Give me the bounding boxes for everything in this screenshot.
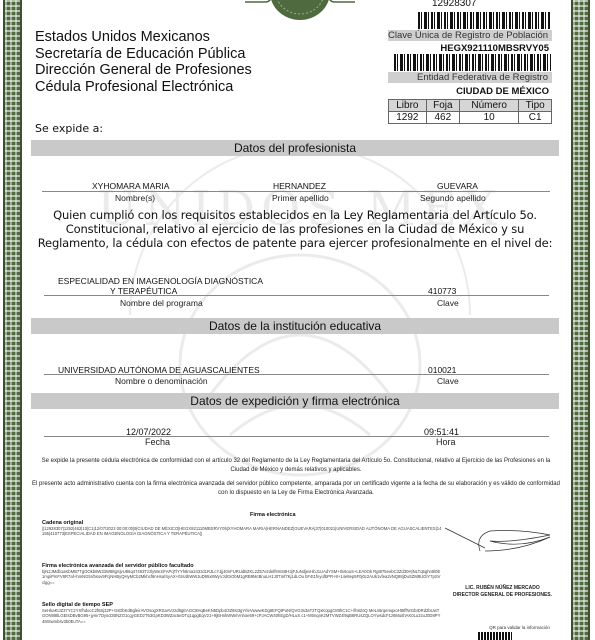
hora-label: Hora: [436, 437, 456, 447]
signer-title: DIRECTOR GENERAL DE PROFESIONES.: [445, 592, 560, 599]
curp-barcode: [394, 54, 551, 71]
institucion-nombre-label: Nombre o denominación: [115, 376, 208, 386]
primer-apellido-value: HERNANDEZ: [273, 181, 326, 191]
section-header-profesionista: Datos del profesionista: [31, 140, 559, 156]
section-header-expedicion: Datos de expedición y firma electrónica: [31, 393, 559, 409]
firma-avanzada-text: bjN2JMdb1aKbMB7TgOOkb8W33W88gSjvU86q4746…: [42, 569, 442, 585]
programa-clave-label: Clave: [437, 298, 459, 308]
programa-nombre-label: Nombre del programa: [120, 298, 203, 308]
registry-header: Foja: [426, 100, 459, 112]
decorative-border-left: [3, 0, 22, 640]
decorative-border-right: [571, 0, 590, 640]
statement-text: Quien cumplió con los requisitos estable…: [30, 208, 560, 250]
sello-text: SeHkaKIJZ37YCzYXfhdocC2f6Sj32P+GsDbKdBgl…: [42, 608, 442, 624]
signature-icon: [440, 523, 555, 558]
fecha-label: Fecha: [145, 437, 170, 447]
primer-apellido-label: Primer apellido: [272, 193, 329, 203]
nombre-value: XYHOMARA MARIA: [92, 181, 169, 191]
qr-code[interactable]: [478, 632, 512, 640]
divider: [44, 436, 549, 437]
firma-title: Firma electrónica: [250, 512, 296, 518]
legal-text-2: El presente acto administrativo cuenta c…: [32, 480, 560, 498]
entidad-value: CIUDAD DE MÉXICO: [388, 86, 549, 97]
title-line: Cédula Profesional Electrónica: [35, 79, 252, 96]
registry-table: Libro Foja Número Tipo 1292 462 10 C1: [388, 99, 552, 124]
issuer-titles: Estados Unidos Mexicanos Secretaría de E…: [35, 29, 252, 95]
programa-line1: ESPECIALIDAD EN IMAGENOLOGÍA DIAGNÓSTICA: [58, 276, 263, 286]
nombre-label: Nombre(s): [115, 193, 155, 203]
registry-header: Libro: [389, 100, 427, 112]
title-line: Secretaría de Educación Pública: [35, 46, 252, 63]
registry-value: 1292: [389, 112, 427, 124]
segundo-apellido-label: Segundo apellido: [420, 193, 486, 203]
registry-header: Número: [459, 100, 518, 112]
section-header-institucion: Datos de la institución educativa: [31, 318, 559, 334]
curp-value: HEGX921110MBSRVY05: [388, 43, 549, 54]
curp-label: Clave Única de Registro de Población: [388, 30, 552, 41]
se-expide-label: Se expide a:: [35, 122, 103, 135]
signer-block: LIC. RUBÉN NÚÑEZ MERCADO DIRECTOR GENERA…: [445, 585, 560, 599]
registry-header: Tipo: [519, 100, 552, 112]
national-seal-icon: [225, 0, 375, 20]
cadena-text: ||12928307|1292|462|10|C1|12/07/2022 00:…: [42, 526, 442, 537]
institucion-clave-label: Clave: [437, 376, 459, 386]
folio-barcode: [418, 12, 551, 29]
registry-value: C1: [519, 112, 552, 124]
title-line: Estados Unidos Mexicanos: [35, 29, 252, 46]
legal-text-1: Se expide la presente cédula electrónica…: [32, 457, 560, 475]
registry-value: 462: [426, 112, 459, 124]
divider: [44, 295, 549, 296]
folio-number: 12928307: [432, 0, 477, 9]
qr-label: QR para validar la información: [472, 625, 567, 630]
segundo-apellido-value: GUEVARA: [437, 181, 478, 191]
title-line: Dirección General de Profesiones: [35, 62, 252, 79]
divider: [42, 191, 550, 192]
divider: [44, 374, 549, 375]
entidad-label: Entidad Federativa de Registro: [388, 72, 552, 83]
signer-name: LIC. RUBÉN NÚÑEZ MERCADO: [445, 585, 560, 592]
registry-value: 10: [459, 112, 518, 124]
